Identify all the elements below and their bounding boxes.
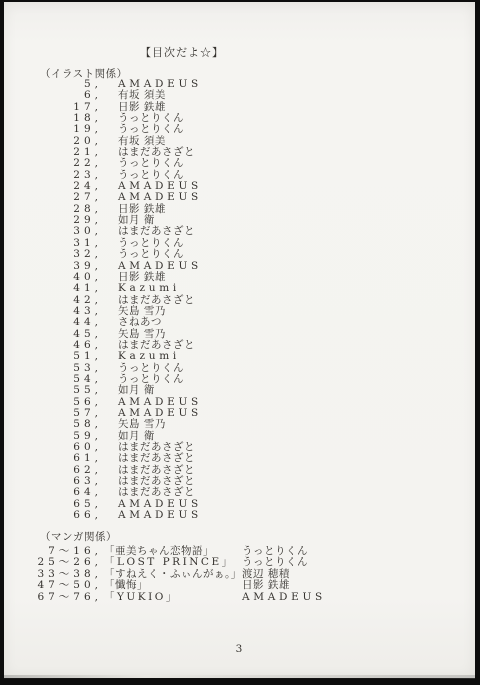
- entry-page-range: 47〜50,: [30, 580, 102, 591]
- manga-list: 7〜16,「亜美ちゃん恋物語」うっとりくん25〜26,「LOST PRINCE」…: [30, 546, 467, 603]
- toc-entry: 47〜50,「懺悔」日影 鉄雄: [30, 580, 467, 591]
- entry-page-number: 61,: [30, 453, 102, 464]
- entry-author-name: AMADEUS: [242, 592, 326, 603]
- entry-artist-name: さねあつ: [118, 317, 162, 328]
- entry-page-number: 66,: [30, 510, 102, 521]
- page-paper: 【目次だよ☆】 （イラスト関係） 5,AMADEUS6,有坂 須美17,日影 鉄…: [4, 2, 475, 678]
- scanned-page: { "document": { "title": "【目次だよ☆】", "pag…: [0, 0, 480, 685]
- entry-artist-name: 如月 衛: [118, 385, 155, 396]
- manga-section-heading: （マンガ関係）: [40, 529, 117, 544]
- toc-entry: 61,はまだあさざと: [30, 453, 467, 464]
- entry-artist-name: 矢島 雪乃: [118, 419, 166, 430]
- scan-artifact: [4, 675, 475, 679]
- illustration-list: 5,AMADEUS6,有坂 須美17,日影 鉄雄18,うっとりくん19,うっとり…: [30, 79, 467, 521]
- page-title: 【目次だよ☆】: [140, 44, 224, 60]
- toc-entry: 41,Kazumi: [30, 283, 467, 294]
- toc-entry: 32,うっとりくん: [30, 249, 467, 260]
- entry-artist-name: Kazumi: [118, 351, 180, 362]
- toc-entry: 51,Kazumi: [30, 351, 467, 362]
- entry-page-number: 51,: [30, 351, 102, 362]
- page-number: 3: [4, 643, 475, 655]
- entry-artist-name: はまだあさざと: [118, 453, 195, 464]
- toc-entry: 44,さねあつ: [30, 317, 467, 328]
- toc-entry: 6,有坂 須美: [30, 90, 467, 101]
- toc-entry: 66,AMADEUS: [30, 510, 467, 521]
- entry-artist-name: Kazumi: [118, 283, 180, 294]
- entry-page-number: 6,: [30, 90, 102, 101]
- entry-artist-name: 有坂 須美: [118, 90, 166, 101]
- entry-work-title: 「YUKIO」: [104, 592, 242, 603]
- toc-entry: 67〜76,「YUKIO」AMADEUS: [30, 592, 467, 603]
- entry-artist-name: AMADEUS: [118, 510, 202, 521]
- entry-artist-name: うっとりくん: [118, 249, 184, 260]
- toc-entry: 58,矢島 雪乃: [30, 419, 467, 430]
- entry-page-number: 32,: [30, 249, 102, 260]
- entry-author-name: 日影 鉄雄: [242, 580, 290, 591]
- entry-work-title: 「懺悔」: [104, 580, 242, 591]
- entry-page-number: 58,: [30, 419, 102, 430]
- entry-page-number: 41,: [30, 283, 102, 294]
- entry-page-range: 67〜76,: [30, 592, 102, 603]
- entry-page-number: 55,: [30, 385, 102, 396]
- entry-page-number: 44,: [30, 317, 102, 328]
- toc-entry: 55,如月 衛: [30, 385, 467, 396]
